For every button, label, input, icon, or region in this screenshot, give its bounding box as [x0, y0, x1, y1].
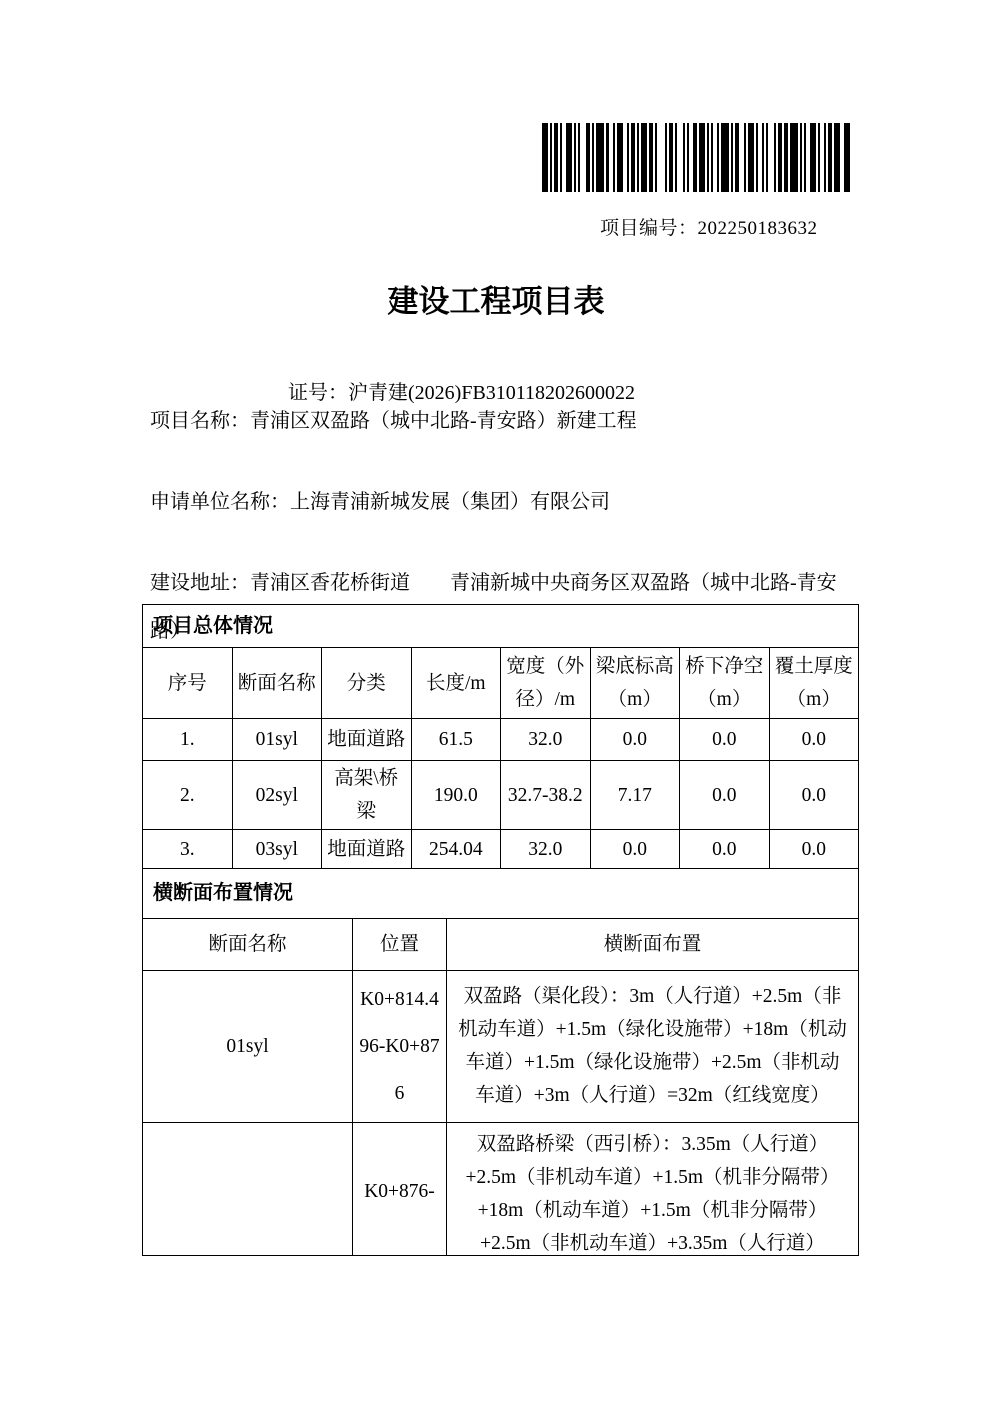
table-cell: 高架\桥梁 [322, 761, 412, 830]
column-header: 覆土厚度（m） [769, 648, 859, 719]
table-cell: 190.0 [411, 761, 501, 830]
table-cell: 32.0 [501, 830, 591, 869]
table-cell: 地面道路 [322, 830, 412, 869]
column-header: 断面名称 [143, 918, 353, 970]
document-page: 项目编号：202250183632 建设工程项目表 证号：沪青建(2026)FB… [0, 0, 992, 1403]
cross-section-title: 横断面布置情况 [143, 868, 859, 918]
position-cell: K0+876-K1+066 [353, 1122, 447, 1255]
column-header: 桥下净空（m） [680, 648, 770, 719]
overview-header-row: 序号 断面名称 分类 长度/m 宽度（外径）/m 梁底标高（m） 桥下净空（m）… [143, 648, 859, 719]
column-header: 位置 [353, 918, 447, 970]
table-cell: 0.0 [769, 719, 859, 761]
table-cell: 3. [143, 830, 233, 869]
tables-area: 项目总体情况 序号 断面名称 分类 长度/m 宽度（外径）/m 梁底标高（m） … [142, 604, 858, 1256]
table-row: 01syl K0+814.496-K0+876 双盈路（渠化段）：3m（人行道）… [143, 970, 859, 1122]
project-name-line: 项目名称：青浦区双盈路（城中北路-青安路）新建工程 [150, 407, 637, 435]
table-cell: 0.0 [590, 719, 680, 761]
column-header: 序号 [143, 648, 233, 719]
section-name-cell: 02syl [143, 1122, 353, 1255]
table-cell: 地面道路 [322, 719, 412, 761]
page-title: 建设工程项目表 [0, 281, 992, 323]
column-header: 长度/m [411, 648, 501, 719]
table-row: 02syl K0+876-K1+066 双盈路桥梁（西引桥）：3.35m（人行道… [143, 1122, 859, 1255]
column-header: 宽度（外径）/m [501, 648, 591, 719]
column-header: 分类 [322, 648, 412, 719]
table-cell: 254.04 [411, 830, 501, 869]
table-cell: 1. [143, 719, 233, 761]
column-header: 梁底标高（m） [590, 648, 680, 719]
cross-header-row: 断面名称 位置 横断面布置 [143, 918, 859, 970]
table-cell: 02syl [232, 761, 322, 830]
layout-text: 双盈路桥梁（西引桥）：3.35m（人行道）+2.5m（非机动车道）+1.5m（机… [457, 1123, 848, 1251]
column-header: 断面名称 [232, 648, 322, 719]
overview-table: 项目总体情况 序号 断面名称 分类 长度/m 宽度（外径）/m 梁底标高（m） … [142, 604, 859, 869]
layout-cell: 双盈路桥梁（西引桥）：3.35m（人行道）+2.5m（非机动车道）+1.5m（机… [447, 1122, 859, 1255]
cross-section-table: 横断面布置情况 断面名称 位置 横断面布置 01syl K0+814.496-K… [142, 868, 859, 1256]
overview-section-title: 项目总体情况 [143, 605, 859, 648]
table-row: 3. 03syl 地面道路 254.04 32.0 0.0 0.0 0.0 [143, 830, 859, 869]
table-row: 2. 02syl 高架\桥梁 190.0 32.7-38.2 7.17 0.0 … [143, 761, 859, 830]
section-name-text: 02syl [146, 1123, 349, 1195]
barcode-image [542, 123, 850, 192]
certificate-number: 证号：沪青建(2026)FB310118202600022 [288, 378, 635, 408]
table-cell: 0.0 [769, 830, 859, 869]
table-cell: 0.0 [680, 830, 770, 869]
table-cell: 7.17 [590, 761, 680, 830]
table-cell: 2. [143, 761, 233, 830]
table-cell: 0.0 [590, 830, 680, 869]
table-cell: 61.5 [411, 719, 501, 761]
table-cell: 0.0 [769, 761, 859, 830]
table-cell: 32.0 [501, 719, 591, 761]
table-row: 1. 01syl 地面道路 61.5 32.0 0.0 0.0 0.0 [143, 719, 859, 761]
column-header: 横断面布置 [447, 918, 859, 970]
project-number: 项目编号：202250183632 [600, 217, 818, 241]
table-cell: 03syl [232, 830, 322, 869]
table-cell: 32.7-38.2 [501, 761, 591, 830]
applicant-line: 申请单位名称：上海青浦新城发展（集团）有限公司 [150, 488, 610, 516]
table-cell: 0.0 [680, 719, 770, 761]
position-cell: K0+814.496-K0+876 [353, 970, 447, 1122]
position-text: K0+876-K1+066 [359, 1123, 440, 1211]
section-name-cell: 01syl [143, 970, 353, 1122]
table-cell: 0.0 [680, 761, 770, 830]
table-cell: 01syl [232, 719, 322, 761]
layout-cell: 双盈路（渠化段）：3m（人行道）+2.5m（非机动车道）+1.5m（绿化设施带）… [447, 970, 859, 1122]
